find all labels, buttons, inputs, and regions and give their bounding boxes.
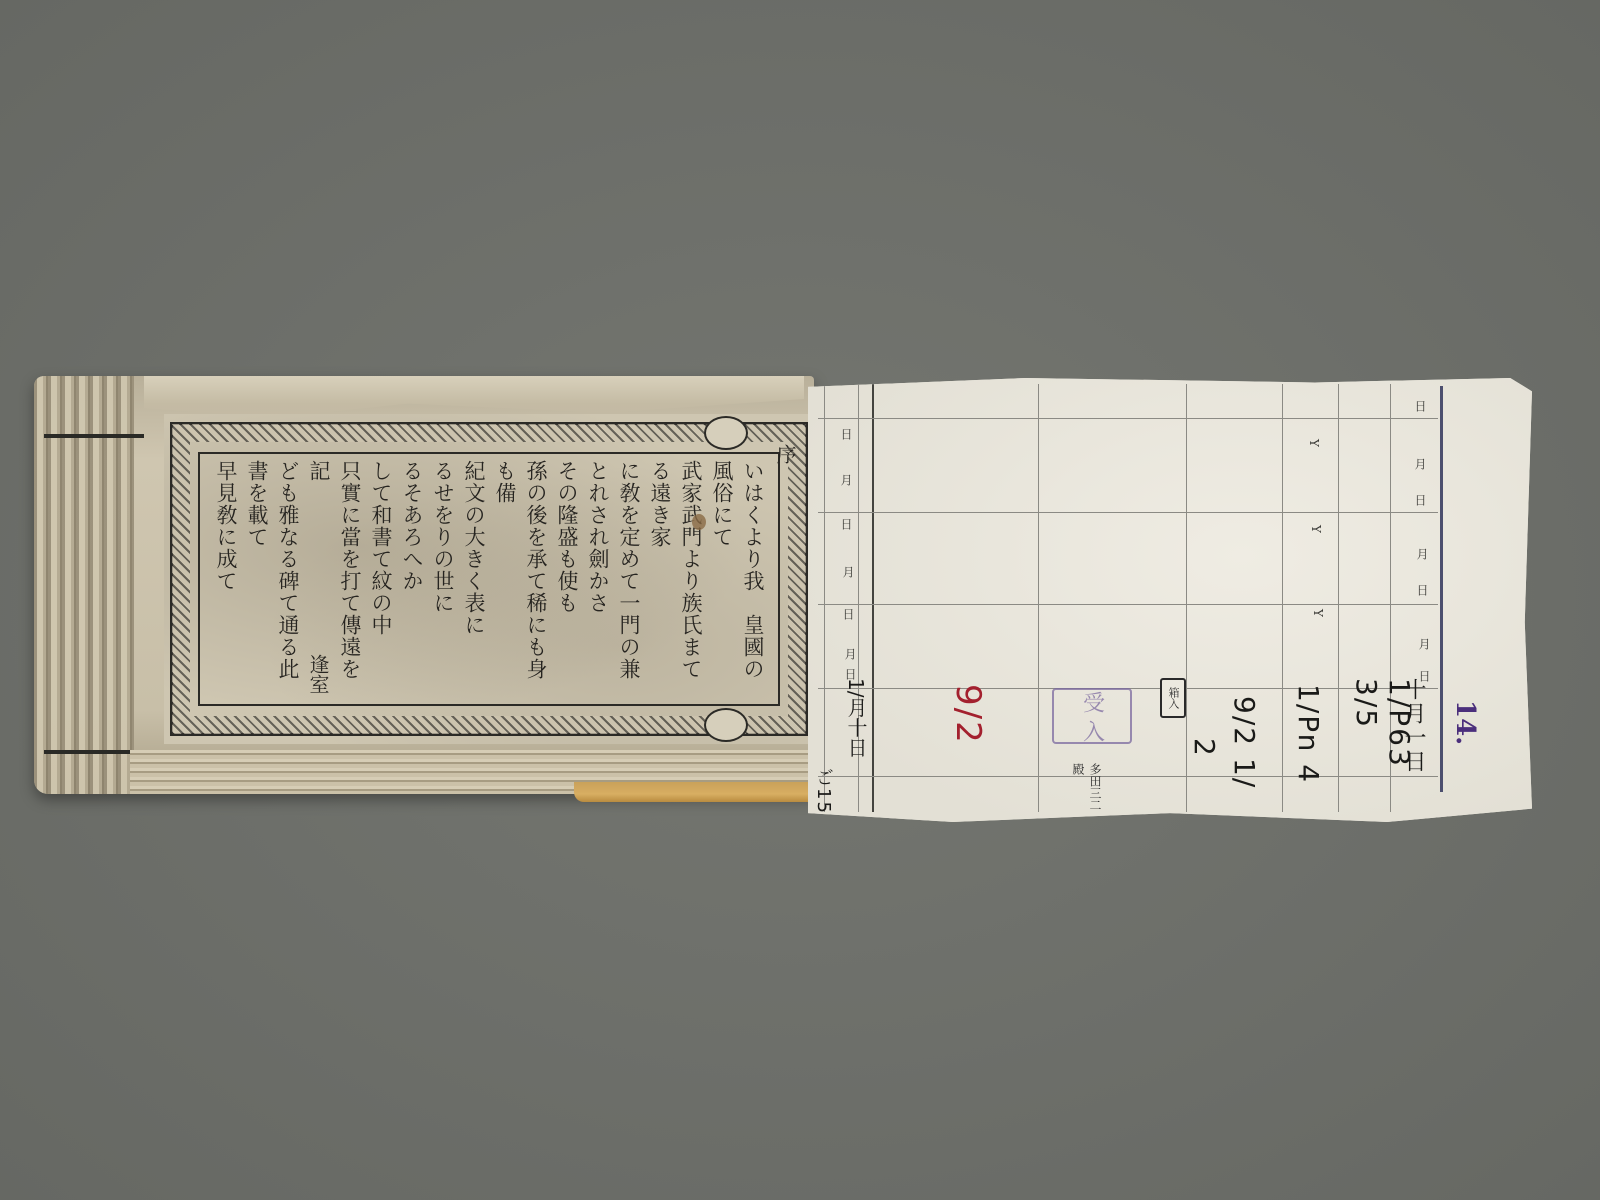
preface-text: いはくより我 皇國の風俗にて 武家武門より族氏まてる遠き家 に敎を定めて一門の兼… <box>208 460 768 698</box>
handwritten-catalog-number: 1/P63 3/5 <box>1350 678 1416 822</box>
box-included-stamp: 箱入 <box>1160 678 1186 718</box>
ruling-row <box>818 604 1438 605</box>
addressee-label: 多田三二殿 <box>1070 763 1104 822</box>
preface-heading: 序 <box>771 444 800 464</box>
slip-page-number: 14. <box>1450 700 1480 745</box>
text-column: して和書て紋の中 <box>365 460 396 698</box>
date-cell-day: 日 <box>1412 400 1429 412</box>
ruling-row <box>818 776 1438 777</box>
printed-preface-page: 序 いはくより我 皇國の風俗にて 武家武門より族氏まてる遠き家 に敎を定めて一門… <box>164 414 814 744</box>
text-column: その隆盛も使も <box>551 460 582 698</box>
text-column: いはくより我 皇國の風俗にて <box>706 460 768 698</box>
received-stamp: 受 入 <box>1052 688 1132 744</box>
text-column: 紀文の大きく表に <box>458 460 489 698</box>
date-cell-day: 日 <box>1412 494 1429 506</box>
ruling-row <box>818 418 1438 419</box>
yen-mark: Y <box>1307 439 1321 447</box>
date-cell-month: 月 <box>1416 638 1433 650</box>
photo-scene: 序 いはくより我 皇國の風俗にて 武家武門より族氏まてる遠き家 に敎を定めて一門… <box>0 0 1600 1200</box>
date-cell-day: 日 <box>838 518 855 530</box>
date-cell-month: 月 <box>1414 548 1431 560</box>
binding-thread-bottom <box>44 750 144 754</box>
yen-mark: Y <box>1311 609 1325 617</box>
text-column: その要や四武の後の <box>208 460 210 698</box>
ruling-line <box>1038 384 1039 812</box>
handwritten-bottom-date: 1/月十日 <box>842 678 871 757</box>
handwritten-line-2: 1/Pn 4 <box>1292 684 1325 784</box>
text-column: ども雅なる碑て通る此書を載て <box>241 460 303 698</box>
ruling-line <box>1186 384 1187 812</box>
text-column: 孫の後を承て稀にも身も備 <box>489 460 551 698</box>
yen-mark: Y <box>1309 525 1323 533</box>
text-column: るせをりの世に <box>427 460 458 698</box>
ruling-line-bold <box>872 384 874 812</box>
crest-ornament-top <box>704 416 748 450</box>
yellowed-edge-strip <box>574 782 818 802</box>
handwritten-line-3: 9/2 1/ <box>1228 696 1261 789</box>
text-column: るそあろへか <box>396 460 427 698</box>
date-cell-month: 月 <box>840 566 857 578</box>
author-signature: 逢室 <box>304 654 333 694</box>
date-cell-month: 月 <box>1412 458 1429 470</box>
date-cell-day: 日 <box>838 428 855 440</box>
handwritten-line-4: 2 <box>1188 738 1221 758</box>
book-spine <box>34 376 134 794</box>
handwritten-bottom-note: ご15 <box>810 768 836 815</box>
antique-book: 序 いはくより我 皇國の風俗にて 武家武門より族氏まてる遠き家 に敎を定めて一門… <box>34 376 814 794</box>
ledger-slip: 日 月 日 月 日 月 日 日 月 日 月 日 月 日 Y Y Y 14. 十月… <box>808 378 1532 822</box>
date-cell-month: 月 <box>838 474 855 486</box>
ruling-row <box>818 512 1438 513</box>
age-stain <box>692 514 706 530</box>
crest-ornament-bottom <box>704 708 748 742</box>
ruling-line <box>1338 384 1339 812</box>
text-column: に敎を定めて一門の兼とれされ劍かさ <box>582 460 644 698</box>
text-column: 武家武門より族氏まてる遠き家 <box>644 460 706 698</box>
date-cell-month: 月 <box>842 648 859 660</box>
text-column: 早見敎に成て <box>210 460 241 698</box>
ruling-line <box>1282 384 1283 812</box>
ruling-line <box>824 384 825 812</box>
ruling-line-double-blue <box>1440 386 1443 792</box>
red-ink-mark: 9/2 <box>948 684 988 745</box>
binding-thread-top <box>44 434 144 438</box>
date-cell-day: 日 <box>840 608 857 620</box>
date-cell-day: 日 <box>1414 584 1431 596</box>
